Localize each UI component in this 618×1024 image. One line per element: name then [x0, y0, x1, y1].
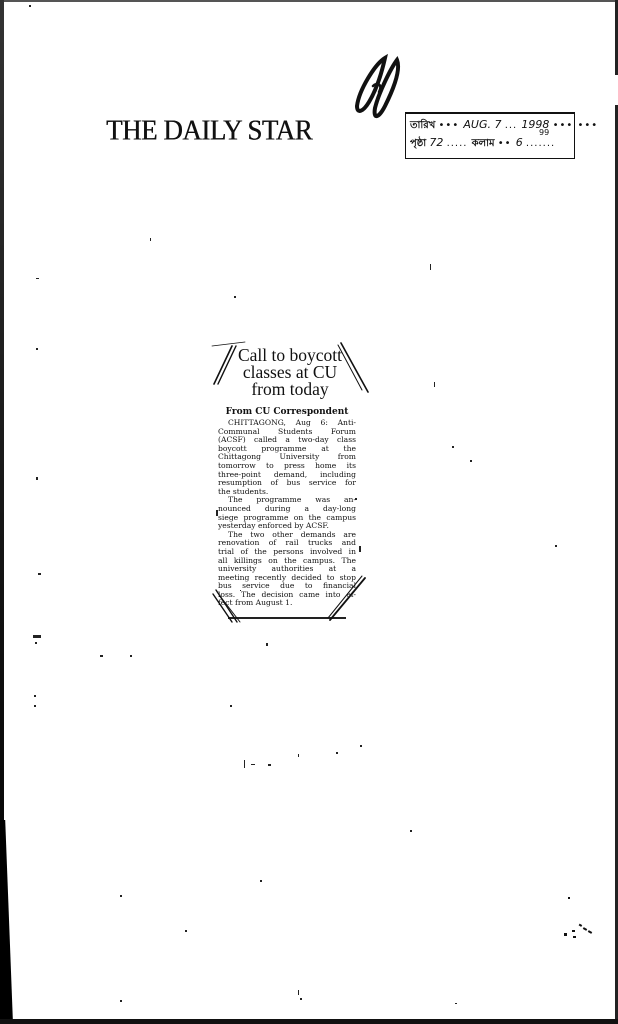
- stamp-date-row: তারিখ ••• AUG. 7 ... 1998 ••• •••: [410, 118, 598, 135]
- archive-date-stamp: তারিখ ••• AUG. 7 ... 1998 ••• ••• 99 পৃষ…: [405, 112, 575, 159]
- article-headline: Call to boycott classes at CU from today: [228, 347, 352, 398]
- stamp-dots: .......: [526, 138, 555, 149]
- stamp-page-row: পৃষ্ঠা 72 ..... কলাম •• 6 .......: [410, 136, 555, 153]
- stamp-date-label: তারিখ: [410, 120, 435, 131]
- article-body: CHITTAGONG, Aug 6: Anti- Communal Studen…: [218, 419, 356, 608]
- stamp-date-value: AUG. 7: [463, 118, 501, 131]
- headline-line: from today: [228, 381, 352, 398]
- body-line: fect from August 1.: [218, 599, 356, 608]
- stamp-dots: ••: [498, 138, 516, 149]
- scanned-page: THE DAILY STAR তারিখ ••• AUG. 7 ... 1998…: [0, 0, 618, 1024]
- stamp-page-value: 72: [429, 136, 443, 149]
- stamp-page-label: পৃষ্ঠা: [410, 138, 426, 149]
- newspaper-masthead: THE DAILY STAR: [106, 114, 312, 147]
- stamp-dots: ...: [505, 120, 522, 131]
- stamp-dots: ••• •••: [553, 120, 599, 131]
- stamp-column-label: কলাম: [472, 138, 495, 149]
- handwritten-number-mark: [345, 50, 405, 125]
- stamp-column-value: 6: [516, 136, 523, 149]
- stamp-dots: .....: [447, 138, 472, 149]
- article-bottom-rule: [228, 617, 346, 619]
- stamp-dots: •••: [439, 120, 464, 131]
- article-byline: From CU Correspondent: [214, 407, 360, 417]
- article-clipping: Call to boycott classes at CU from today…: [214, 345, 360, 620]
